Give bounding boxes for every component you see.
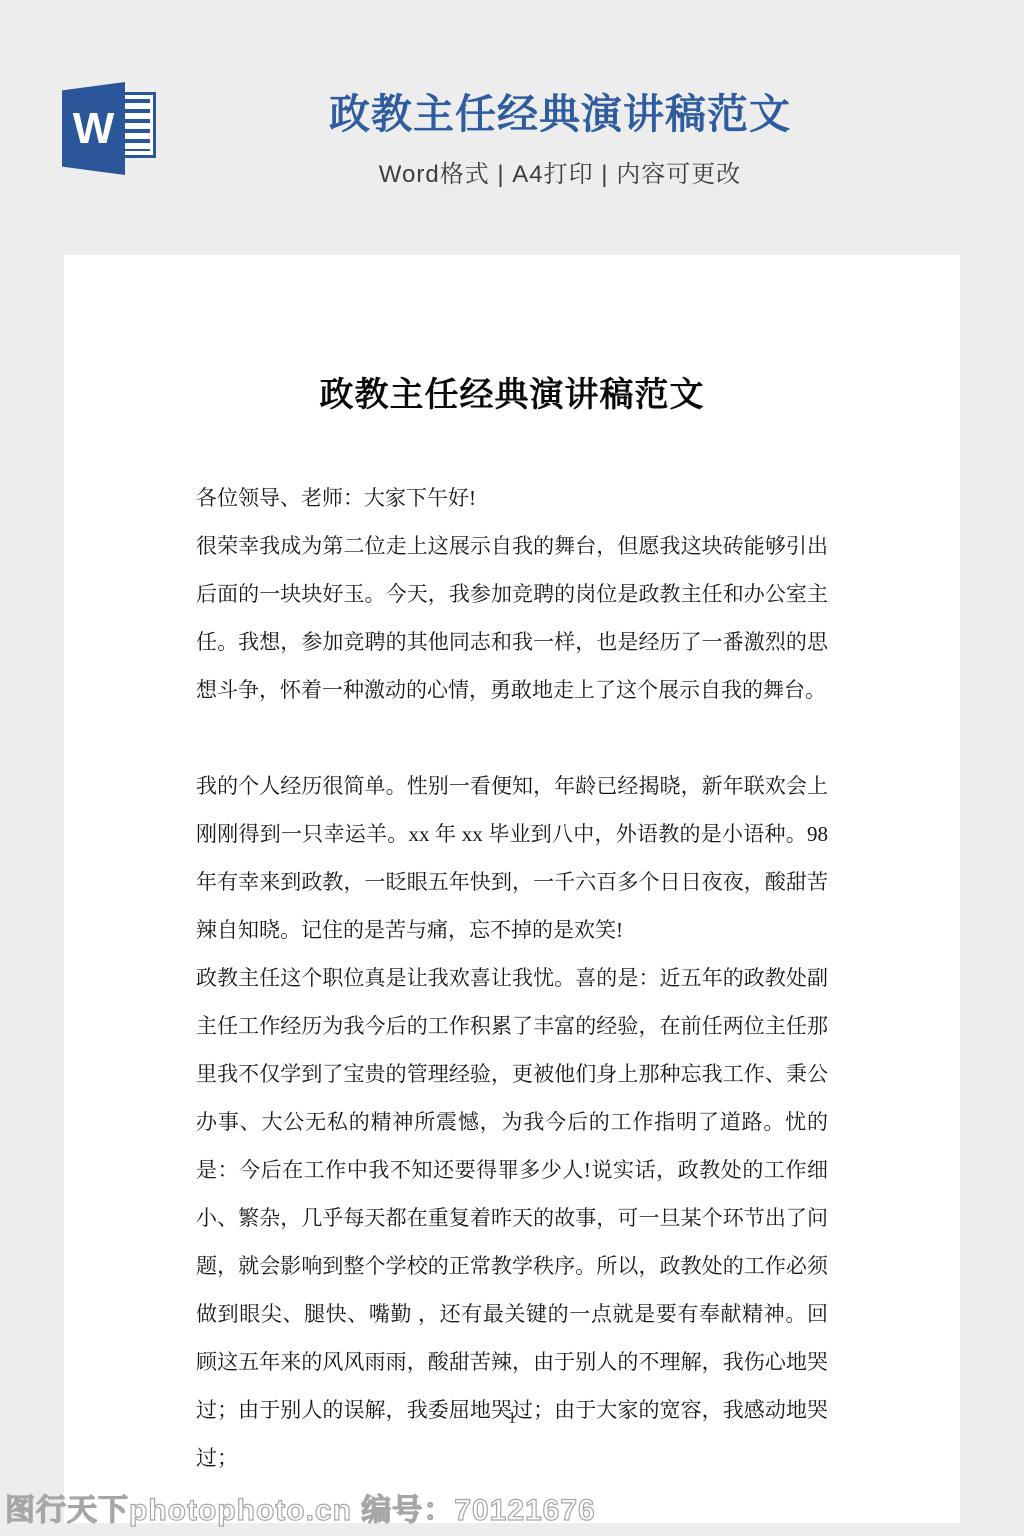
document-paragraph: 政教主任这个职位真是让我欢喜让我忧。喜的是：近五年的政教处副主任工作经历为我今后… <box>196 954 828 1482</box>
document-paragraphs: 各位领导、老师：大家下午好!很荣幸我成为第二位走上这展示自我的舞台，但愿我这块砖… <box>196 474 828 1482</box>
document-page: 政教主任经典演讲稿范文 各位领导、老师：大家下午好!很荣幸我成为第二位走上这展示… <box>64 255 960 1523</box>
word-icon-flap: W <box>62 82 125 175</box>
word-icon: W <box>62 82 158 175</box>
word-icon-sheet-lines <box>121 99 150 151</box>
page-title: 政教主任经典演讲稿范文 <box>180 92 940 137</box>
document-paragraph: 很荣幸我成为第二位走上这展示自我的舞台，但愿我这块砖能够引出后面的一块块好玉。今… <box>196 522 828 714</box>
watermark-text: 图行天下photophoto.cn 编号：70121676 <box>5 1485 596 1529</box>
document-paragraph: 各位领导、老师：大家下午好! <box>196 474 828 522</box>
document-paragraph <box>196 714 828 762</box>
word-icon-letter: W <box>73 107 115 151</box>
page-subtitle: Word格式 | A4打印 | 内容可更改 <box>180 154 940 189</box>
document-title: 政教主任经典演讲稿范文 <box>64 255 960 416</box>
document-paragraph: 我的个人经历很简单。性别一看便知，年龄已经揭晓，新年联欢会上刚刚得到一只幸运羊。… <box>196 762 828 954</box>
page-number: 1 <box>64 1408 960 1428</box>
header-text: 政教主任经典演讲稿范文 Word格式 | A4打印 | 内容可更改 <box>180 92 940 189</box>
